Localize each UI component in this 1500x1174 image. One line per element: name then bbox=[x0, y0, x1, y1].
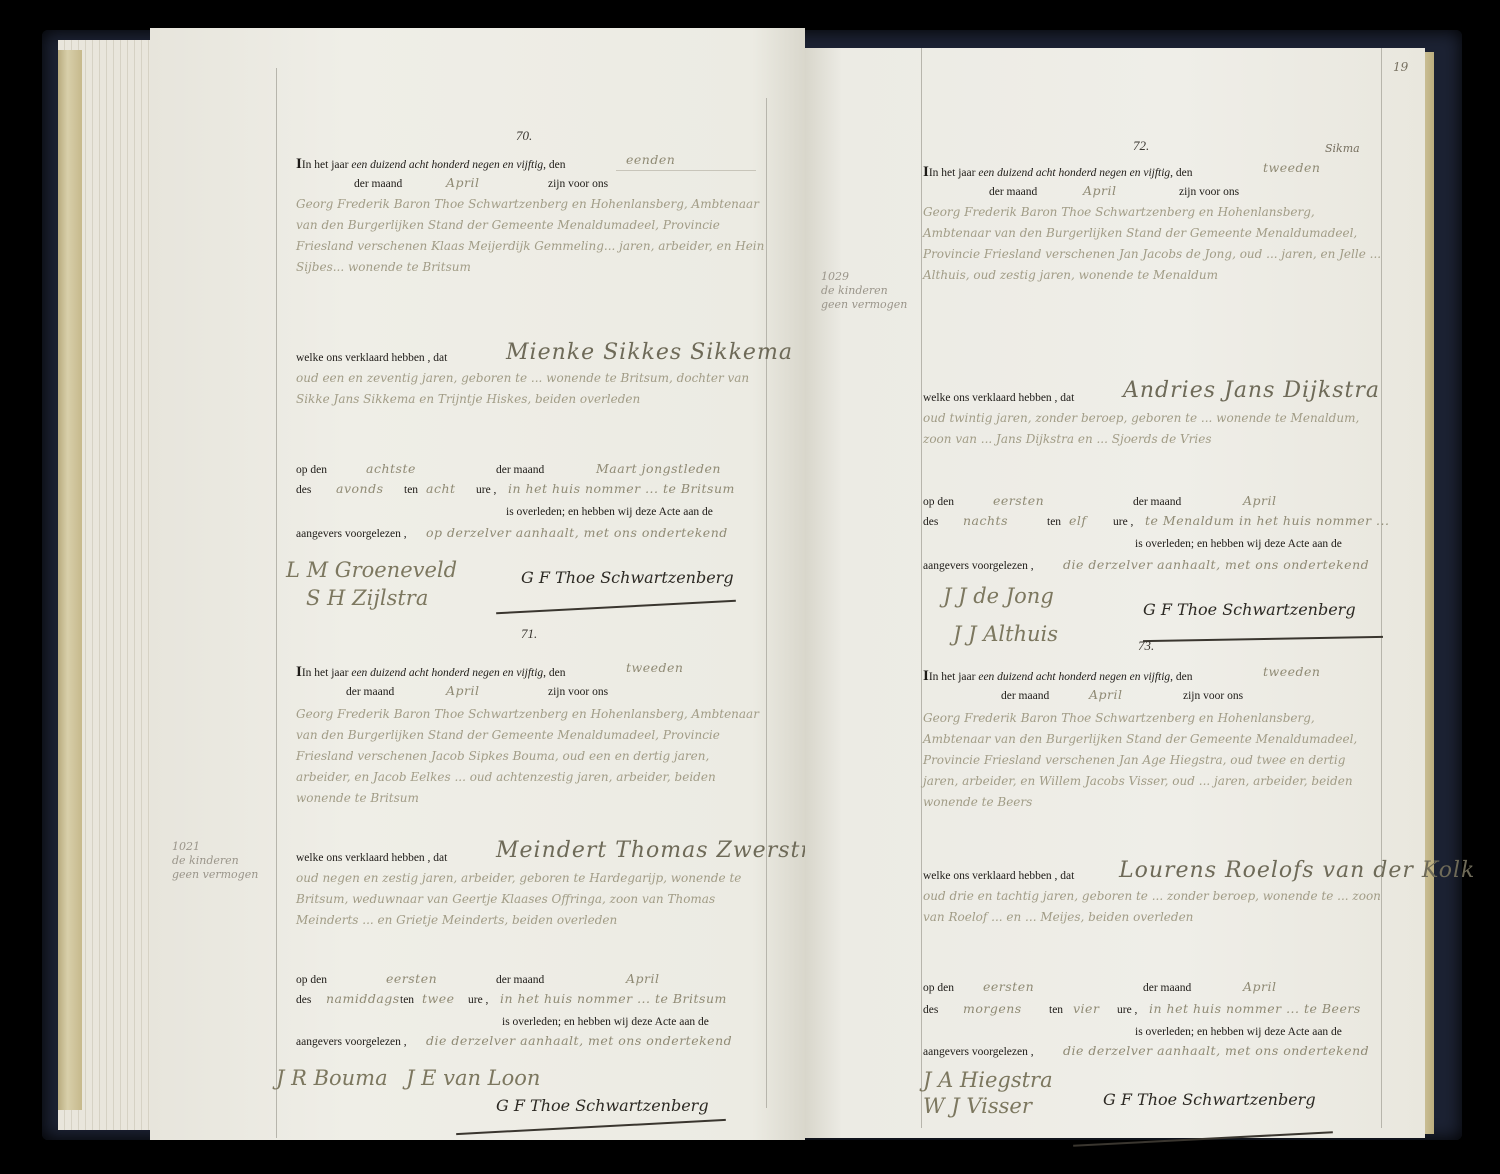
informant-signature: S H Zijlstra bbox=[306, 586, 428, 610]
official-and-informants: Georg Frederik Baron Thoe Schwartzenberg… bbox=[296, 194, 766, 278]
margin-note-71: 1021 de kinderen geen vermogen bbox=[172, 840, 258, 882]
margin-rule bbox=[921, 48, 922, 1128]
deceased-name: Andries Jans Dijkstra bbox=[1123, 378, 1380, 403]
death-act-73: 73. IIn het jaar een duizend acht honder… bbox=[923, 638, 1383, 1138]
official-signature: G F Thoe Schwartzenberg bbox=[521, 568, 734, 587]
death-month: Maart jongstleden bbox=[596, 461, 721, 476]
death-day: achtste bbox=[366, 461, 416, 476]
deceased-details: oud een en zeventig jaren, geboren te ..… bbox=[296, 368, 766, 410]
death-act-72: 72. IIn het jaar een duizend acht honder… bbox=[923, 138, 1383, 638]
day-handwritten: eenden bbox=[626, 152, 675, 167]
death-place: in het huis nommer ... te Britsum bbox=[508, 481, 735, 496]
right-page: 19 Sikma 1029 de kinderen geen vermogen … bbox=[805, 48, 1425, 1138]
margin-rule-right bbox=[766, 98, 767, 1108]
death-act-70: 70. IIn het jaar een duizend acht honder… bbox=[296, 128, 766, 628]
informant-signature: L M Groeneveld bbox=[286, 558, 457, 582]
act-number: 70. bbox=[516, 128, 532, 144]
month-handwritten: April bbox=[446, 175, 480, 190]
opening-line: IIn het jaar een duizend acht honderd ne… bbox=[296, 156, 566, 173]
left-page: 1021 de kinderen geen vermogen 70. IIn h… bbox=[150, 28, 805, 1140]
deceased-name: Lourens Roelofs van der Kolk bbox=[1119, 858, 1475, 883]
margin-note-72: 1029 de kinderen geen vermogen bbox=[821, 270, 907, 312]
death-act-71: 71. IIn het jaar een duizend acht honder… bbox=[296, 626, 766, 1126]
folio-number: 19 bbox=[1393, 60, 1408, 74]
margin-rule bbox=[276, 68, 277, 1138]
deceased-name: Mienke Sikkes Sikkema bbox=[506, 340, 793, 365]
deceased-name: Meindert Thomas Zwerstra bbox=[496, 838, 826, 863]
